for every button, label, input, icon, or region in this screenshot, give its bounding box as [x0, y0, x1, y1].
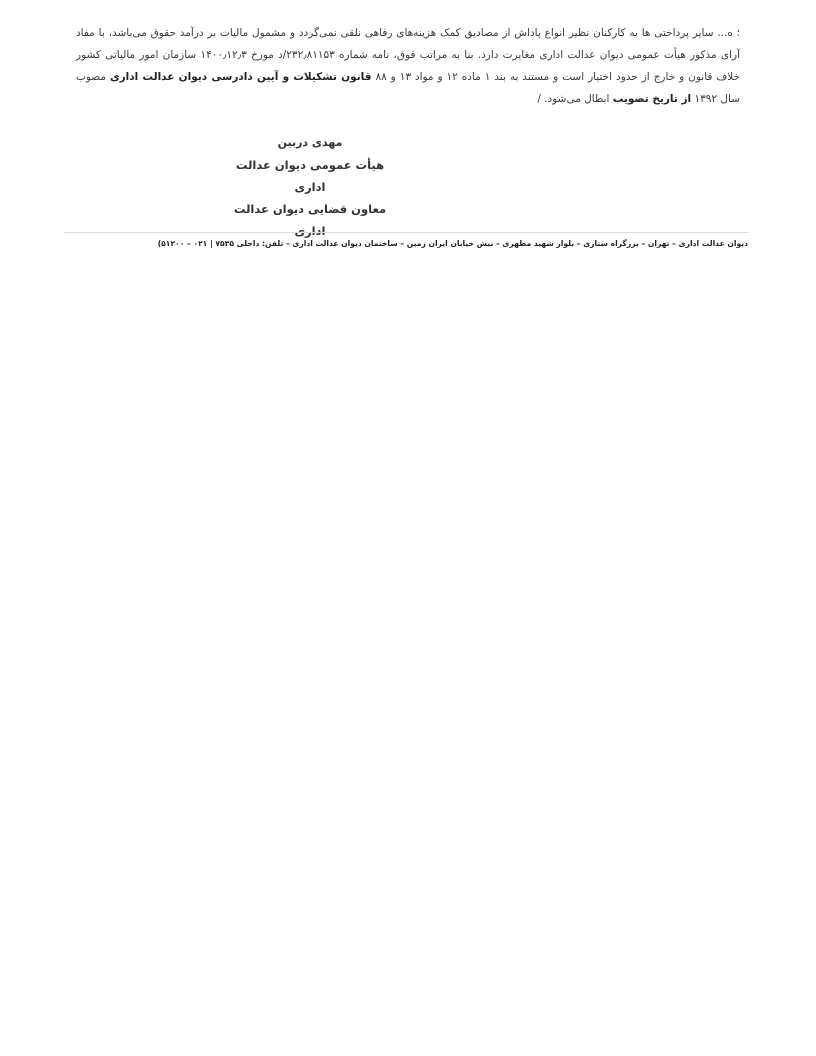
ruling-conclusion: ابطال می‌شود. / [537, 93, 609, 105]
ruling-line-1: ؛ ه... سایر پرداختی ها به کارکنان نظیر ا… [99, 27, 740, 39]
effective-date-bold: از تاریخ تصویب [613, 93, 691, 105]
ruling-paragraph: ؛ ه... سایر پرداختی ها به کارکنان نظیر ا… [76, 22, 740, 110]
signatory-name: مهدی دربین [220, 132, 400, 154]
footer-address: دیوان عدالت اداری – تهران – بزرگراه ستار… [225, 239, 748, 248]
approval-year: ۱۳۹۲ [694, 93, 717, 105]
law-title-bold: قانون تشکیلات و آیین دادرسی دیوان عدالت … [110, 71, 371, 83]
signatory-title-2: معاون قضایی دیوان عدالت اداری [220, 198, 400, 242]
signature-block: مهدی دربین هیأت عمومی دیوان عدالت اداری … [220, 132, 400, 242]
signatory-title-1: هیأت عمومی دیوان عدالت اداری [220, 154, 400, 198]
footer-divider [64, 232, 748, 233]
